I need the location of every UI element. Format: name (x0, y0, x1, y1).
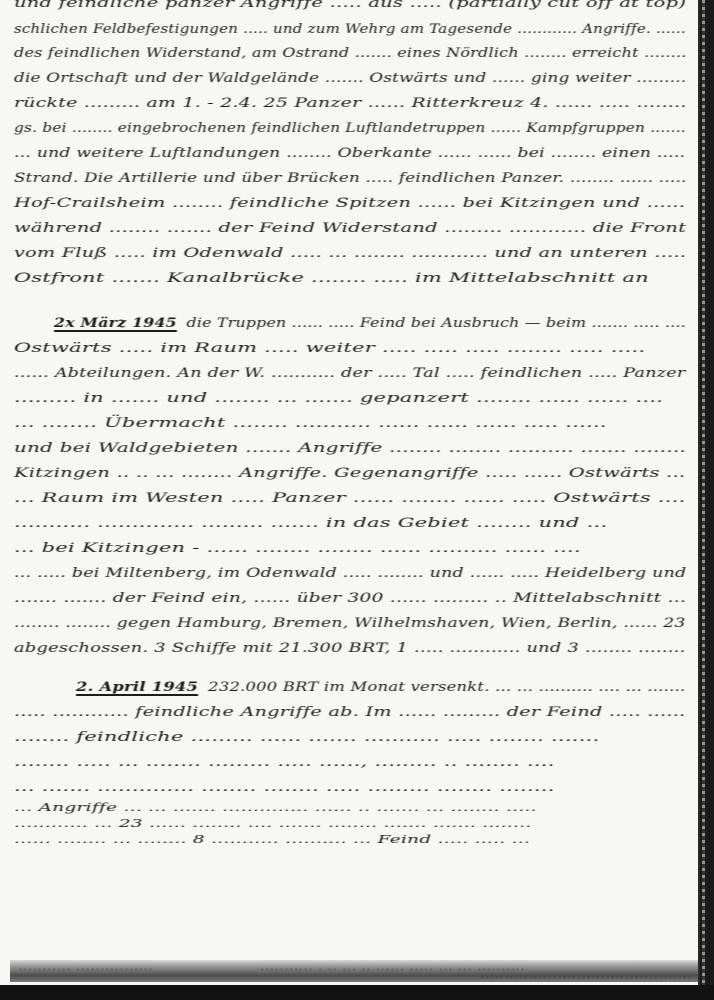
text-line: Kitzingen .. .. ... ........ Angriffe. G… (14, 466, 686, 481)
text-line: die Ortschaft und der Waldgelände ......… (14, 71, 686, 86)
text-line: ... bei Kitzingen - ...... ........ ....… (14, 541, 581, 556)
text-line: ..... ............ feindliche Angriffe a… (14, 705, 686, 720)
text-line: schlichen Feldbefestigungen ..... und zu… (14, 22, 686, 37)
text-line: ... ....... .............. ........ ....… (14, 780, 555, 795)
text-line: ... und weitere Luftlandungen ........ O… (14, 146, 685, 161)
text-line: gs. bei ........ eingebrochenen feindlic… (14, 121, 686, 136)
text-line: ......... in ....... und ........ ... ..… (14, 391, 663, 406)
text-line: während ........ ....... der Feind Wider… (14, 221, 686, 236)
text-line: des feindlichen Widerstand, am Ostrand .… (14, 46, 687, 61)
text-line: Ostfront ....... Kanalbrücke ........ ..… (14, 271, 649, 286)
entry-first-line: 2x März 1945die Truppen ...... ..... Fei… (54, 316, 686, 331)
footer-text: ........... ................ (18, 963, 153, 972)
text-line: vom Fluß ..... im Odenwald ..... ... ...… (14, 246, 686, 261)
text-line: ........ ..... ... ........ ......... ..… (14, 755, 555, 770)
text-line: ....... ....... der Feind ein, ...... üb… (14, 591, 686, 606)
text-line: die Truppen ...... ..... Feind bei Ausbr… (187, 316, 686, 331)
scan-right-edge (700, 0, 714, 1000)
footer-text: ........................................… (480, 971, 692, 980)
document-page: und feindliche panzer Angriffe ..... aus… (0, 0, 700, 985)
text-line: 232.000 BRT im Monat versenkt. ... ... .… (208, 680, 685, 695)
text-line: ........... .............. ......... ...… (14, 516, 607, 531)
text-line: abgeschossen. 3 Schiffe mit 21.300 BRT, … (14, 641, 686, 656)
text-line: ... ........ Übermacht ........ ........… (14, 416, 607, 431)
text-line: ........ feindliche ......... ...... ...… (14, 730, 600, 745)
date-heading: 2x März 1945 (54, 316, 177, 331)
text-line: ... ..... bei Miltenberg, im Odenwald ..… (14, 566, 686, 581)
text-line: ... Raum im Westen ..... Panzer ...... .… (14, 491, 686, 506)
text-line: rückte ......... am 1. - 2.4. 25 Panzer … (14, 96, 687, 111)
text-line: ............ ... 23 ...... ........ ....… (14, 816, 532, 830)
entry-first-line: 2. April 1945232.000 BRT im Monat versen… (76, 680, 685, 695)
text-line: ...... ........ ... ........ 8 .........… (14, 832, 530, 846)
text-line: Hof-Crailsheim ........ feindliche Spitz… (14, 196, 685, 211)
date-heading: 2. April 1945 (76, 680, 198, 695)
text-line: und bei Waldgebieten ....... Angriffe ..… (14, 441, 686, 456)
text-line: ........ ........ gegen Hamburg, Bremen,… (14, 616, 686, 631)
text-line: und feindliche panzer Angriffe ..... aus… (14, 0, 686, 11)
text-line: Ostwärts ..... im Raum ..... weiter ....… (14, 341, 645, 356)
scanned-footer-strip: ........... ................ ...........… (10, 960, 698, 982)
text-line: ...... Abteilungen. An der W. ..........… (14, 366, 686, 381)
text-line: ... Angriffe ... ... ....... ...........… (14, 800, 537, 814)
scan-bottom-edge (0, 985, 714, 1000)
text-line: Strand. Die Artillerie und über Brücken … (14, 171, 687, 186)
